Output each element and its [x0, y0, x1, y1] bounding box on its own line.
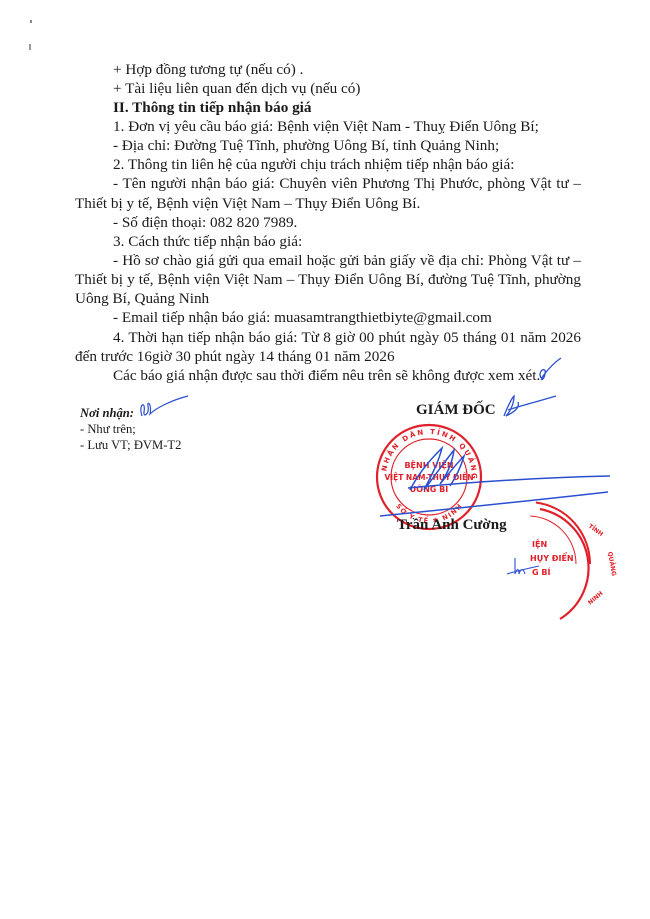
- doc-line-10: 3. Cách thức tiếp nhận báo giá:: [113, 232, 302, 251]
- doc-line-17: Các báo giá nhận được sau thời điểm nêu …: [113, 366, 540, 385]
- partial-stamp: IỆN HỤY ĐIỂN G BÍ TỈNH QUẢNG NINH: [530, 497, 650, 627]
- signer-name: Trần Anh Cường: [397, 516, 507, 535]
- doc-line-6: 2. Thông tin liên hệ của người chịu trác…: [113, 155, 514, 174]
- recipients-initial-signature: [136, 394, 196, 424]
- svg-text:NINH: NINH: [587, 590, 605, 606]
- deadline-line-cont: đến trước 16giờ 30 phút ngày 14 tháng 01…: [75, 347, 395, 366]
- doc-line-8: Thiết bị y tế, Bệnh viện Việt Nam – Thụy…: [75, 194, 420, 213]
- svg-text:TỈNH: TỈNH: [587, 522, 605, 538]
- doc-line-13: Uông Bí, Quảng Ninh: [75, 289, 209, 308]
- svg-text:QUẢNG: QUẢNG: [606, 551, 618, 577]
- email-line: - Email tiếp nhận báo giá: muasamtrangth…: [113, 308, 492, 327]
- initial-signature: [535, 356, 565, 386]
- doc-line-2: + Tài liệu liên quan đến dịch vụ (nếu có…: [113, 79, 360, 98]
- recipients-heading: Nơi nhận:: [80, 405, 134, 421]
- phone-line: - Số điện thoại: 082 820 7989.: [113, 213, 297, 232]
- deadline-line: 4. Thời hạn tiếp nhận báo giá: Từ 8 giờ …: [113, 328, 581, 347]
- svg-text:IỆN: IỆN: [532, 539, 547, 549]
- doc-line-12: Thiết bị y tế, Bệnh viện Việt Nam – Thụy…: [75, 270, 581, 289]
- doc-line-1: + Hợp đồng tương tự (nếu có) .: [113, 60, 303, 79]
- scan-mark: [30, 20, 32, 23]
- signer-title: GIÁM ĐỐC: [416, 401, 496, 420]
- doc-line-11: - Hồ sơ chào giá gửi qua email hoặc gửi …: [113, 251, 581, 270]
- scan-mark: [29, 44, 31, 50]
- section-heading: II. Thông tin tiếp nhận báo giá: [113, 98, 312, 117]
- doc-line-7: - Tên người nhận báo giá: Chuyên viên Ph…: [113, 174, 581, 193]
- recipient-item-2: - Lưu VT; ĐVM-T2: [80, 437, 181, 453]
- secondary-signature: [503, 556, 543, 580]
- doc-line-4: 1. Đơn vị yêu cầu báo giá: Bệnh viện Việ…: [113, 117, 539, 136]
- title-initial-signature: [500, 392, 560, 422]
- doc-line-5: - Địa chỉ: Đường Tuệ Tĩnh, phường Uông B…: [113, 136, 499, 155]
- recipient-item-1: - Như trên;: [80, 421, 136, 437]
